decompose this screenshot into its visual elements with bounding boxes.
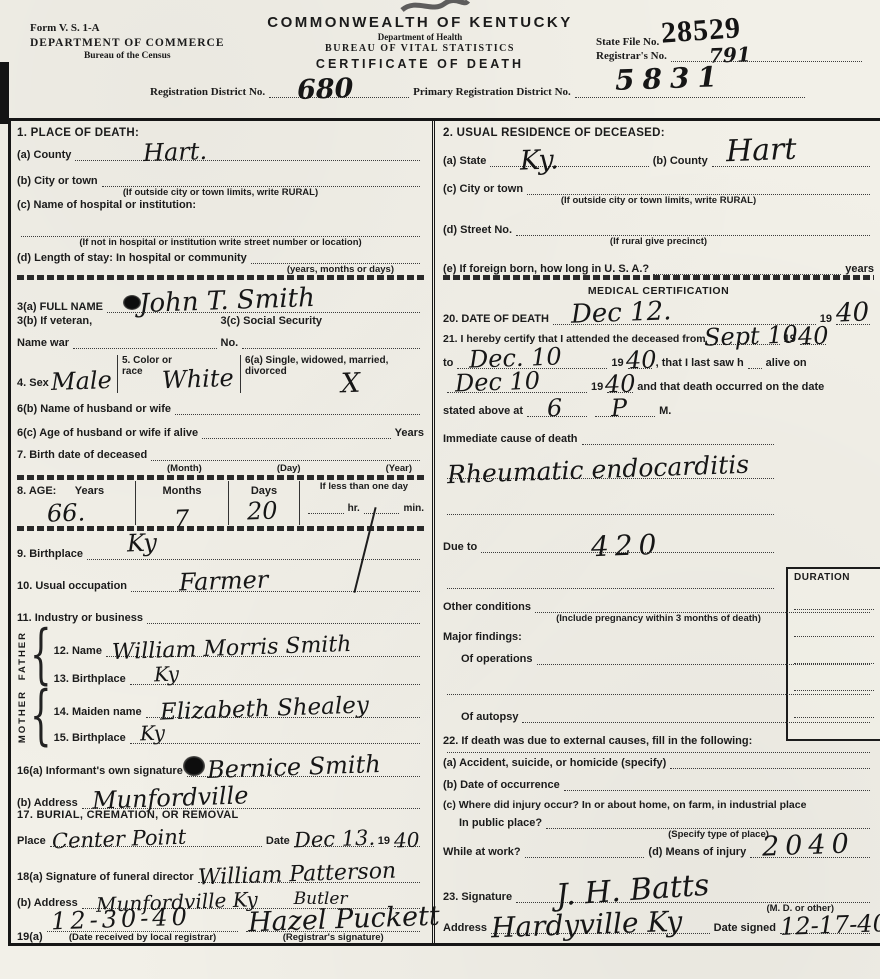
while-at-work-label: While at work?: [443, 846, 521, 858]
father-side-label: FATHER: [17, 631, 28, 680]
veteran-ssn-row: 3(b) If veteran, Name war 3(c) Social Se…: [17, 313, 424, 355]
min-label: min.: [403, 503, 424, 514]
state-file-label: State File No.: [596, 36, 659, 48]
street-no-label: (d) Street No.: [443, 224, 512, 236]
age-days-header: Days: [251, 485, 277, 497]
birth-date-row: 7. Birth date of deceased: [17, 439, 424, 461]
ssn-label: 3(c) Social Security: [221, 315, 425, 327]
birth-date-captions: (Month) (Day) (Year): [17, 461, 424, 474]
birthplace-value: Ky: [127, 530, 158, 555]
attendance-certification: 21. I hereby certify that I attended the…: [443, 325, 874, 425]
issuing-agency-block: Form V. S. 1-A DEPARTMENT OF COMMERCE Bu…: [30, 22, 225, 61]
right-column: 2. USUAL RESIDENCE OF DECEASED: (a) Stat…: [435, 121, 880, 943]
injury-where-label: (c) Where did injury occur? In or about …: [443, 799, 874, 811]
res-county-value: Hart: [725, 135, 796, 167]
husband-wife-label: 6(b) Name of husband or wife: [17, 403, 171, 415]
scan-artifact-bar: [0, 62, 9, 124]
date-signed-value: 12-17-40: [780, 911, 880, 939]
due-to-value: 420: [591, 531, 663, 561]
color-race-value: White: [162, 366, 234, 392]
foreign-born-suffix: years: [845, 263, 874, 275]
date-of-death-label: 20. DATE OF DEATH: [443, 313, 549, 325]
spouse-age-suffix: Years: [395, 427, 424, 439]
other-conditions-label: Other conditions: [443, 601, 531, 613]
to-label: to: [443, 357, 453, 369]
m-label: M.: [659, 405, 671, 417]
burial-date-label: Date: [266, 835, 290, 847]
less-than-day-header: If less than one day: [304, 481, 424, 492]
physician-address-label: Address: [443, 922, 487, 934]
certificate-title: CERTIFICATE OF DEATH: [240, 57, 600, 71]
father-birthplace-label: 13. Birthplace: [54, 673, 126, 685]
marital-label2: divorced: [245, 366, 424, 377]
physician-address-value: Hardyville Ky: [491, 908, 683, 943]
certify-line1: 21. I hereby certify that I attended the…: [443, 333, 706, 345]
funeral-director-row: 18(a) Signature of funeral director Will…: [17, 853, 424, 883]
section-divider: [443, 275, 874, 280]
mother-birthplace-value: Ky: [139, 723, 165, 744]
occupation-label: 10. Usual occupation: [17, 580, 127, 592]
occurrence-date-label: (b) Date of occurrence: [443, 779, 560, 791]
occupation-value: Farmer: [179, 567, 269, 594]
date-signed-label: Date signed: [714, 922, 776, 934]
husband-wife-row: 6(b) Name of husband or wife: [17, 393, 424, 415]
father-name-label: 12. Name: [54, 645, 102, 657]
residence-title: 2. USUAL RESIDENCE OF DECEASED:: [443, 127, 874, 139]
year-caption: (Year): [386, 463, 412, 474]
registrar-signature-value: Hazel Puckett: [248, 903, 441, 937]
section-usual-residence: 2. USUAL RESIDENCE OF DECEASED: (a) Stat…: [443, 124, 874, 274]
date-of-death-row: 20. DATE OF DEATH Dec 12. 19 40: [443, 297, 874, 325]
dept-commerce: DEPARTMENT OF COMMERCE: [30, 37, 225, 49]
dept-health: Department of Health: [240, 32, 600, 42]
last-seen-date-value: Dec 10: [455, 369, 541, 396]
place-of-death-title: 1. PLACE OF DEATH:: [17, 127, 424, 139]
mother-birthplace-label: 15. Birthplace: [54, 732, 126, 744]
burial-year-printed: 19: [378, 835, 390, 847]
ink-blot: [183, 756, 205, 776]
father-birthplace-value: Ky: [153, 664, 179, 685]
birth-date-label: 7. Birth date of deceased: [17, 449, 147, 461]
left-column: 1. PLACE OF DEATH: (a) County Hart. (b) …: [11, 121, 435, 943]
burial-title: 17. BURIAL, CREMATION, OR REMOVAL: [17, 809, 424, 821]
to-year-printed: 19: [611, 357, 623, 369]
public-place-label: In public place?: [459, 817, 542, 829]
death-occurred-text: and that death occurred on the date: [637, 381, 824, 393]
age-years-header: Years: [75, 485, 104, 497]
county-value: Hart.: [143, 139, 208, 165]
registrar-item-label: 19(a): [17, 931, 43, 943]
length-of-stay-note: (years, months or days): [17, 264, 394, 275]
burial-place-label: Place: [17, 835, 46, 847]
stated-above-text: stated above at: [443, 405, 523, 417]
section-divider: [17, 275, 424, 280]
physician-signature-label: 23. Signature: [443, 891, 512, 903]
file-number-block: State File No. 28529 Registrar's No. 791: [596, 10, 866, 62]
registration-district-line: Registration District No. 680 Primary Re…: [150, 84, 874, 98]
registrar-row: 19(a) 12-30-40 (Date received by local r…: [17, 909, 424, 943]
informant-signature-row: 16(a) Informant's own signature Bernice …: [17, 745, 424, 777]
father-group: FATHER { 12. Name William Morris Smith 1…: [17, 624, 424, 688]
burial-year-value: 40: [394, 830, 420, 851]
due-to-label: Due to: [443, 541, 477, 553]
day-caption: (Day): [277, 463, 301, 474]
mother-brace: {: [30, 678, 52, 754]
immediate-cause-label: Immediate cause of death: [443, 433, 578, 445]
informant-address-label: (b) Address: [17, 797, 78, 809]
name-war-label: Name war: [17, 337, 69, 349]
month-caption: (Month): [167, 463, 202, 474]
alive-on-text: alive on: [766, 357, 807, 369]
ampm-value: P: [611, 396, 628, 421]
form-number: Form V. S. 1-A: [30, 22, 225, 34]
state-value: Ky.: [520, 146, 560, 174]
res-city-label: (c) City or town: [443, 183, 523, 195]
section-place-of-death: 1. PLACE OF DEATH: (a) County Hart. (b) …: [17, 124, 424, 274]
reg-district-value: 680: [297, 75, 354, 104]
bureau-vital-statistics: BUREAU OF VITAL STATISTICS: [240, 43, 600, 54]
res-city-note: (If outside city or town limits, write R…: [443, 195, 874, 206]
spouse-age-label: 6(c) Age of husband or wife if alive: [17, 427, 198, 439]
funeral-director-label: 18(a) Signature of funeral director: [17, 871, 194, 883]
age-months-header: Months: [162, 485, 201, 497]
commonwealth-title: COMMONWEALTH OF KENTUCKY: [240, 14, 600, 31]
informant-signature-label: 16(a) Informant's own signature: [17, 765, 183, 777]
title-block: COMMONWEALTH OF KENTUCKY Department of H…: [240, 14, 600, 71]
section-divider: [17, 475, 424, 480]
city-town-note: (If outside city or town limits, write R…: [17, 187, 424, 198]
street-no-note: (If rural give precinct): [443, 236, 874, 247]
hr-label: hr.: [348, 503, 360, 514]
date-received-value: 12-30-40: [50, 905, 191, 934]
full-name-row: 3(a) FULL NAME John T. Smith: [17, 281, 424, 313]
county-label: (a) County: [17, 149, 71, 161]
age-row: 8. AGE: Years 66. Months 7 Days 20 If le…: [17, 481, 424, 525]
certificate-header: Form V. S. 1-A DEPARTMENT OF COMMERCE Bu…: [0, 0, 880, 118]
age-days-value: 20: [247, 498, 278, 523]
lastseen-year-printed: 19: [591, 381, 603, 393]
sex-color-marital-row: 4. Sex Male 5. Color or race White 6(a) …: [17, 355, 424, 393]
mother-maiden-label: 14. Maiden name: [54, 706, 142, 718]
certificate-form: 1. PLACE OF DEATH: (a) County Hart. (b) …: [8, 118, 880, 946]
foreign-born-label: (e) If foreign born, how long in U. S. A…: [443, 263, 649, 275]
veteran-label: 3(b) If veteran,: [17, 315, 221, 327]
sex-value: Male: [51, 368, 113, 394]
industry-row: 11. Industry or business: [17, 592, 424, 624]
duration-label: DURATION: [788, 569, 880, 583]
bureau-census: Bureau of the Census: [30, 51, 225, 61]
attended-from-value: Sept 10: [703, 322, 798, 349]
burial-place-value: Center Point: [51, 827, 186, 853]
hospital-note: (If not in hospital or institution write…: [17, 237, 424, 248]
hour-value: 6: [547, 396, 563, 421]
dod-year-value: 40: [836, 299, 870, 326]
spouse-age-row: 6(c) Age of husband or wife if alive Yea…: [17, 415, 424, 439]
of-operations-label: Of operations: [461, 653, 533, 665]
medical-certification-title: MEDICAL CERTIFICATION: [443, 285, 874, 297]
date-of-death-value: Dec 12.: [571, 298, 672, 327]
occupation-row: 10. Usual occupation Farmer: [17, 560, 424, 592]
means-of-injury-label: (d) Means of injury: [648, 846, 746, 858]
age-months-value: 7: [174, 506, 190, 531]
age-label: 8. AGE:: [17, 485, 56, 497]
reg-district-label: Registration District No.: [150, 86, 265, 98]
last-saw-text: , that I last saw h: [656, 357, 744, 369]
full-name-label: 3(a) FULL NAME: [17, 301, 103, 313]
length-of-stay-label: (d) Length of stay: In hospital or commu…: [17, 252, 247, 264]
state-label: (a) State: [443, 155, 486, 167]
registrar-no-label: Registrar's No.: [596, 50, 667, 62]
lastseen-year-value: 40: [605, 371, 636, 396]
death-certificate-scan: Form V. S. 1-A DEPARTMENT OF COMMERCE Bu…: [0, 0, 880, 979]
birthplace-label: 9. Birthplace: [17, 548, 83, 560]
primary-district-value: 5831: [614, 63, 725, 95]
means-of-injury-value: 2040: [762, 830, 856, 860]
sex-label: 4. Sex: [17, 377, 49, 389]
marital-label1: 6(a) Single, widowed, married,: [245, 355, 424, 366]
age-years-value: 66.: [47, 500, 86, 525]
ssn-no-label: No.: [221, 337, 239, 349]
res-county-label: (b) County: [653, 155, 708, 167]
mother-side-label: MOTHER: [17, 690, 28, 743]
informant-address-value: Munfordville: [91, 784, 248, 813]
city-town-label: (b) City or town: [17, 175, 98, 187]
of-autopsy-label: Of autopsy: [461, 711, 518, 723]
physician-signature-block: 23. Signature J. H. Batts (M. D. or othe…: [443, 875, 874, 943]
mother-group: MOTHER { 14. Maiden name Elizabeth Sheal…: [17, 687, 424, 745]
informant-address-row: (b) Address Munfordville: [17, 777, 424, 809]
hospital-label: (c) Name of hospital or institution:: [17, 199, 196, 211]
accident-label: (a) Accident, suicide, or homicide (spec…: [443, 757, 666, 769]
from-year-value: 40: [797, 323, 828, 348]
burial-date-value: Dec 13.: [293, 828, 375, 852]
primary-district-label: Primary Registration District No.: [413, 86, 571, 98]
immediate-cause-value: Rheumatic endocarditis: [447, 452, 750, 488]
burial-section: 17. BURIAL, CREMATION, OR REMOVAL Place …: [17, 809, 424, 853]
